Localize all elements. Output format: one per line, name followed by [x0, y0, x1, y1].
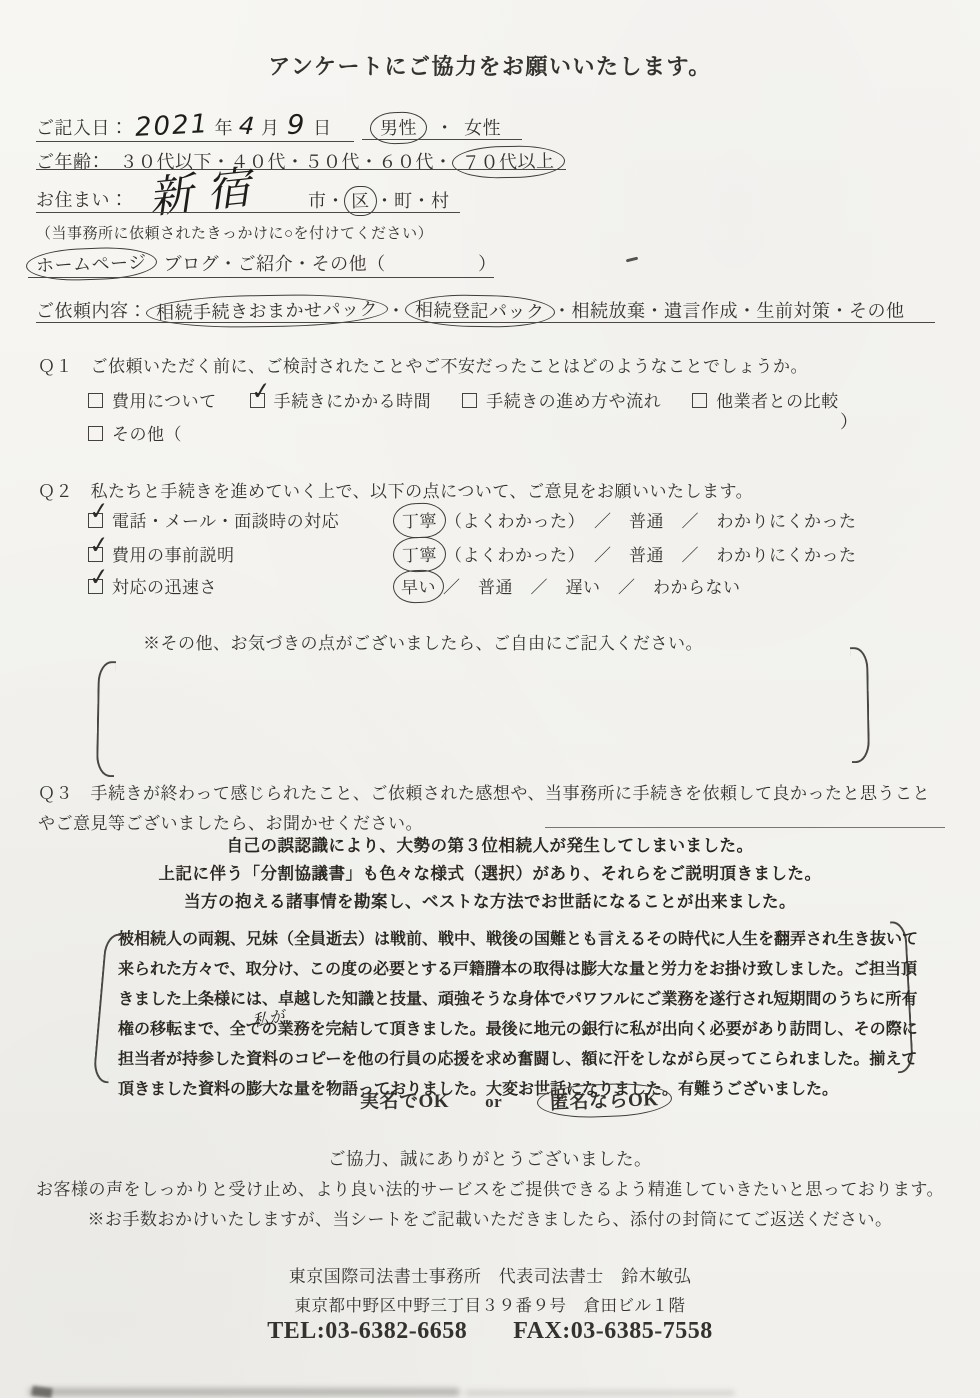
age-circled-70s: ７０代以上 — [451, 145, 564, 179]
q2-heading: Ｑ２ 私たちと手続きを進めていく上で、以下の点について、ご意見をお願いいたします… — [38, 477, 753, 502]
testimonial-line-1: 被相続人の両親、兄妹（全員逝去）は戦前、戦中、戦後の国難とも言えるその時代に人生… — [118, 925, 900, 955]
customer-voice-line: お客様の声をしっかりと受け止め、より良い法的サービスをご提供できるよう精進してい… — [0, 1175, 980, 1200]
q1-other-close-paren: ） — [840, 408, 859, 434]
q1-option-flow: 手続きの進め方や流れ — [486, 392, 661, 411]
q2-free-note: ※その他、お気づきの点がございましたら、ご自由にご記入ください。 — [143, 629, 703, 654]
page-title: アンケートにご協力をお願いいたします。 — [0, 50, 980, 81]
check-icon: ✓ — [88, 564, 111, 590]
q2-item-speed: 対応の迅速さ — [112, 573, 394, 598]
date-year-handwritten: 2021 — [134, 109, 210, 143]
date-month-handwritten: 4 — [238, 111, 256, 140]
date-year-suffix: 年 — [215, 118, 234, 138]
request-separator: ・ — [387, 301, 406, 321]
testimonial-line-4: 権の移転まで、全ての業務を完結して頂きました。最後に地元の銀行に私が出向く必要が… — [118, 1015, 900, 1045]
q2-item-response: 電話・メール・面談時の対応 — [112, 507, 394, 532]
checkbox-response-checked: ✓ — [88, 513, 103, 528]
scan-artifact — [28, 1388, 460, 1396]
checkbox-flow — [462, 393, 477, 408]
scan-artifact-light — [465, 1390, 735, 1396]
q3-typed-answer-1: 自己の誤認識により、大勢の第３位相続人が発生してしまいました。 — [0, 832, 980, 856]
scan-artifact-dark — [31, 1386, 52, 1398]
q2-speed-circled: 早い — [393, 569, 445, 603]
request-label: ご依頼内容： — [36, 301, 147, 321]
testimonial-paragraph: 被相続人の両親、兄妹（全員逝去）は戦前、戦中、戦後の国難とも言えるその時代に人生… — [118, 925, 900, 1105]
office-address: 東京都中野区中野三丁目３９番９号 倉田ビル１階 — [0, 1292, 980, 1316]
gender-female: 女性 — [464, 118, 501, 138]
gender-underline — [362, 139, 522, 140]
q2-response-circled: 丁寧 — [393, 502, 447, 538]
return-note-line: ※お手数おかけいたしますが、当シートをご記載いただきましたら、添付の封筒にてご返… — [0, 1205, 980, 1230]
q3-typed-answer-2: 上記に伴う「分割協議書」も色々な様式（選択）があり、それらをご説明頂きました。 — [0, 860, 980, 884]
residence-city: 市・ — [308, 191, 345, 211]
request-pack2-circled: 相続登記パック — [404, 294, 554, 329]
questionnaire-sheet: アンケートにご協力をお願いいたします。 ご記入日：2021年4月9日男性・女性 … — [0, 0, 980, 1398]
q2-fee-scale: （よくわかった） ／ 普通 ／ わかりにくかった — [445, 546, 857, 565]
office-name: 東京国際司法書士事務所 代表司法書士 鈴木敏弘 — [0, 1262, 980, 1287]
q3-heading-line1: Ｑ３ 手続きが終わって感じられたこと、ご依頼された感想や、当事務所に手続きを依頼… — [38, 779, 930, 804]
q3-typed-answer-3: 当方の抱える諸事情を勘案し、ベストな方法でお世話になることが出来ました。 — [0, 888, 980, 912]
gender-separator: ・ — [436, 118, 455, 138]
residence-label: お住まい： — [36, 186, 129, 212]
testimonial-line-5: 担当者が持参した資料のコピーを他の行員の応援を求め奮闘し、額に汗をしながら戻って… — [118, 1045, 900, 1075]
checkbox-cost — [88, 393, 103, 408]
date-day-handwritten: 9 — [287, 110, 306, 142]
q2-item-fee: 費用の事前説明 — [112, 541, 394, 566]
pen-mark — [626, 257, 638, 263]
q2-speed-scale: ／ 普通 ／ 遅い ／ わからない — [443, 578, 741, 597]
q1-option-compare: 他業者との比較 — [716, 392, 839, 411]
source-underline — [28, 277, 494, 278]
date-month-suffix: 月 — [261, 118, 280, 138]
checkbox-time-checked: ✓ — [250, 393, 265, 408]
q2-fee-circled: 丁寧 — [393, 536, 447, 572]
office-fax: FAX:03-6385-7558 — [513, 1318, 713, 1344]
circle-hint: （当事務所に依頼されたきっかけに○を付けてください） — [36, 222, 433, 243]
request-other-options: ・相続放棄・遺言作成・生前対策・その他 — [553, 301, 905, 321]
testimonial-line-2: 来られた方々で、取分け、この度の必要とする戸籍謄本の取得は膨大な量と労力をお掛け… — [118, 955, 900, 985]
date-label: ご記入日： — [36, 118, 129, 138]
checkbox-speed-checked: ✓ — [88, 579, 103, 594]
checkbox-fee-checked: ✓ — [88, 547, 103, 562]
q1-option-time: 手続きにかかる時間 — [274, 392, 432, 411]
q1-other-label: その他（ — [112, 425, 182, 444]
age-underline — [36, 169, 566, 170]
check-icon: ✓ — [249, 378, 272, 404]
name-or: or — [485, 1092, 502, 1111]
check-icon: ✓ — [88, 498, 111, 524]
name-anonymous-circled: 匿名ならOK — [537, 1082, 673, 1120]
date-underline — [36, 141, 354, 142]
residence-underline — [36, 212, 460, 213]
request-pack1-circled: 相続手続きおまかせパック — [146, 293, 389, 329]
q1-option-cost: 費用について — [112, 392, 217, 411]
testimonial-line-3: きました上条様には、卓越した知識と技量、頑強そうな身体でパワフルにご業務を遂行さ… — [118, 985, 900, 1015]
residence-town-village: ・町・村 — [376, 191, 450, 211]
q3-heading-line2: やご意見等ございましたら、お聞かせください。 — [38, 809, 423, 834]
source-options: ブログ・ご紹介・その他（ ） — [164, 254, 497, 274]
q2-response-scale: （よくわかった） ／ 普通 ／ わかりにくかった — [445, 512, 857, 531]
q1-heading: Ｑ１ ご依頼いただく前に、ご検討されたことやご不安だったことはどのようなことでし… — [38, 352, 808, 377]
check-icon: ✓ — [88, 532, 111, 558]
rule-line — [545, 827, 945, 828]
checkbox-compare — [692, 393, 707, 408]
checkbox-other — [88, 426, 103, 441]
free-entry-bracket-left — [96, 661, 116, 777]
request-underline — [36, 322, 935, 323]
free-entry-bracket-right — [850, 647, 870, 763]
date-day-suffix: 日 — [313, 118, 332, 138]
residence-handwritten: 新宿 — [145, 150, 267, 226]
thanks-line: ご協力、誠にありがとうございました。 — [0, 1146, 980, 1171]
office-tel: TEL:03-6382-6658 — [267, 1318, 467, 1344]
name-real-ok: 実名でOK — [360, 1091, 449, 1112]
